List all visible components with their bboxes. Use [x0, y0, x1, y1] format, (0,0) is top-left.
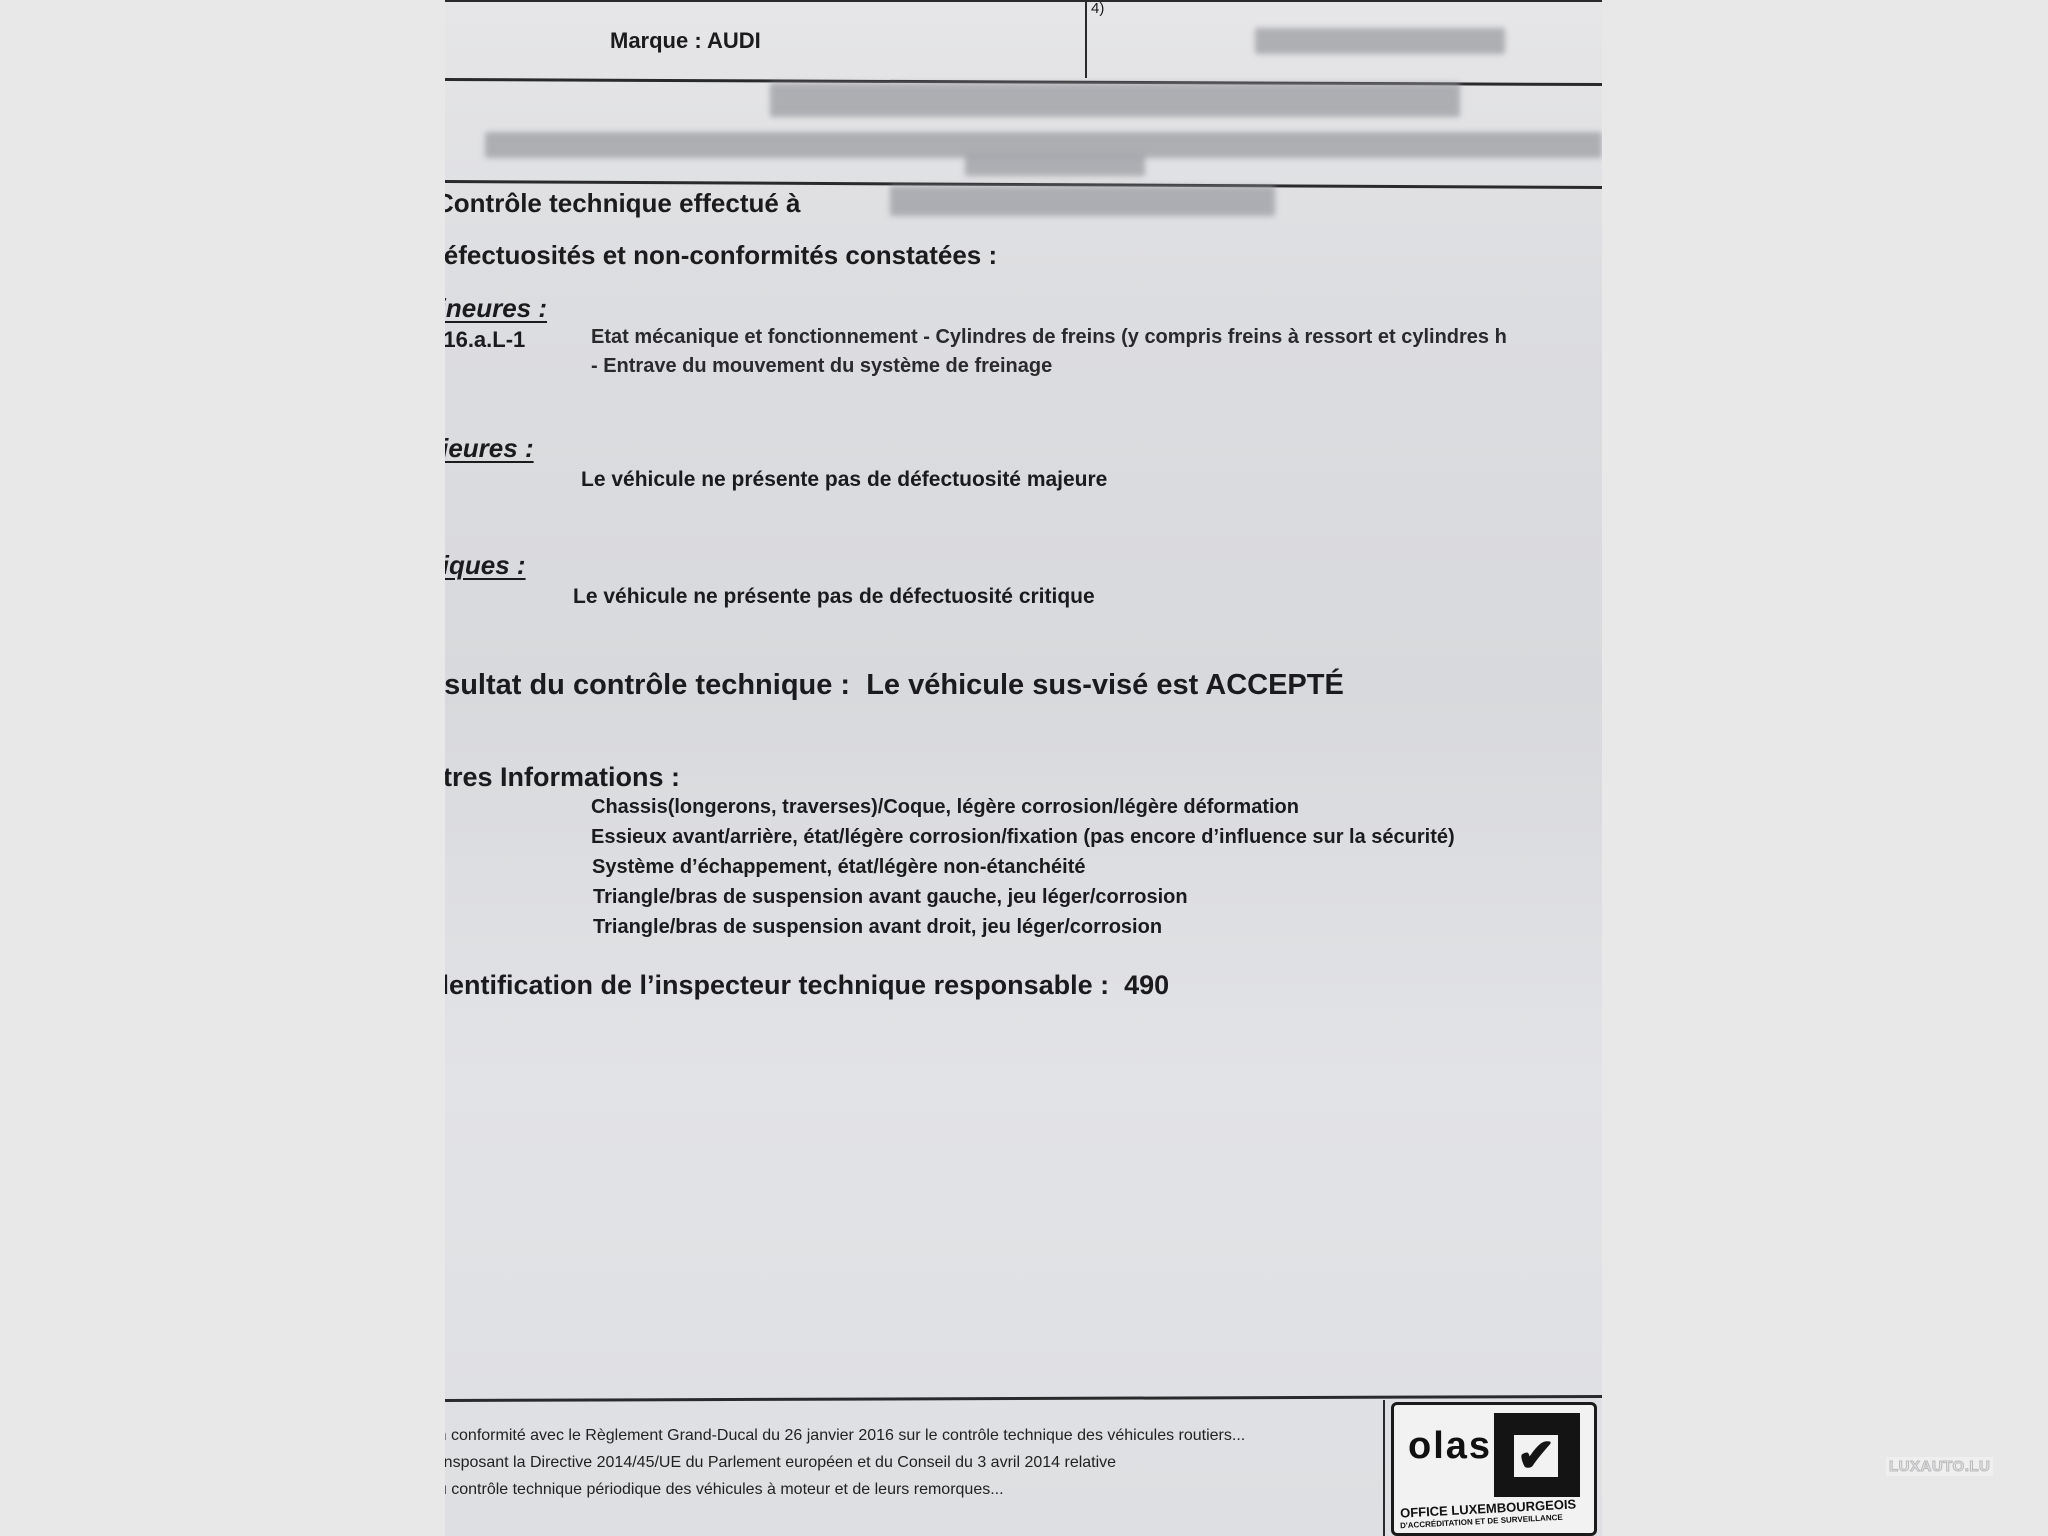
footer-line: En conformité avec le Règlement Grand-Du…	[445, 1427, 1245, 1445]
resultat-value: Le véhicule sus-visé est ACCEPTÉ	[866, 669, 1344, 701]
olas-acronym: olas	[1408, 1425, 1492, 1468]
footer-cell-divider	[1383, 1400, 1385, 1536]
info-item: Triangle/bras de suspension avant gauche…	[593, 886, 1188, 909]
site-watermark: LUXAUTO.LU	[1886, 1457, 1993, 1476]
redacted-location-date	[890, 186, 1275, 216]
checkmark-icon: ✔	[1514, 1435, 1558, 1477]
inspecteur-label: Identification de l’inspecteur technique…	[445, 970, 1109, 1000]
info-item: Essieux avant/arrière, état/légère corro…	[591, 826, 1455, 849]
marque-label: Marque :	[610, 28, 702, 53]
inspecteur-id: 490	[1124, 970, 1169, 1000]
footer-line: transposant la Directive 2014/45/UE du P…	[445, 1454, 1116, 1472]
critiques-label: Critiques :	[445, 550, 526, 581]
footer-divider	[445, 1395, 1602, 1402]
redacted-field	[1255, 28, 1505, 54]
marque-value: AUDI	[707, 28, 761, 53]
redacted-certificate-title	[770, 83, 1460, 117]
mineure-description-line2: - Entrave du mouvement du système de fre…	[591, 355, 1052, 378]
inspecteur-field: Identification de l’inspecteur technique…	[445, 970, 1169, 1001]
footer-line: au contrôle technique périodique des véh…	[445, 1481, 1004, 1499]
majeures-label: Majeures :	[445, 433, 534, 464]
info-item: Triangle/bras de suspension avant droit,…	[593, 916, 1162, 939]
olas-logo: olas ✔ OFFICE LUXEMBOURGEOIS D'ACCRÉDITA…	[1391, 1402, 1597, 1536]
mineure-description-line1: Etat mécanique et fonctionnement - Cylin…	[591, 326, 1507, 349]
redacted-line	[965, 154, 1145, 176]
majeures-text: Le véhicule ne présente pas de défectuos…	[581, 468, 1107, 492]
resultat-label: Résultat du contrôle technique :	[445, 669, 850, 701]
autres-label: Autres Informations :	[445, 762, 680, 793]
cell-number: 4)	[1091, 0, 1104, 17]
top-border	[445, 0, 1602, 2]
controle-label: Contrôle technique effectué à	[445, 188, 801, 219]
mineures-label: Mineures :	[445, 293, 547, 324]
checkbox-icon-frame: ✔	[1494, 1413, 1580, 1497]
info-item: Système d’échappement, état/légère non-é…	[592, 856, 1086, 879]
defect-code: 1.16.a.L-1	[445, 327, 525, 353]
info-item: Chassis(longerons, traverses)/Coque, lég…	[591, 796, 1299, 819]
marque-field: Marque : AUDI	[610, 28, 761, 54]
defauts-title: Défectuosités et non-conformités constat…	[445, 240, 997, 271]
inspection-certificate: Marque : AUDI 4) Contrôle technique effe…	[445, 0, 1602, 1536]
header-cell-divider	[1085, 0, 1087, 78]
resultat-field: Résultat du contrôle technique : Le véhi…	[445, 669, 1344, 702]
critiques-text: Le véhicule ne présente pas de défectuos…	[573, 585, 1095, 609]
